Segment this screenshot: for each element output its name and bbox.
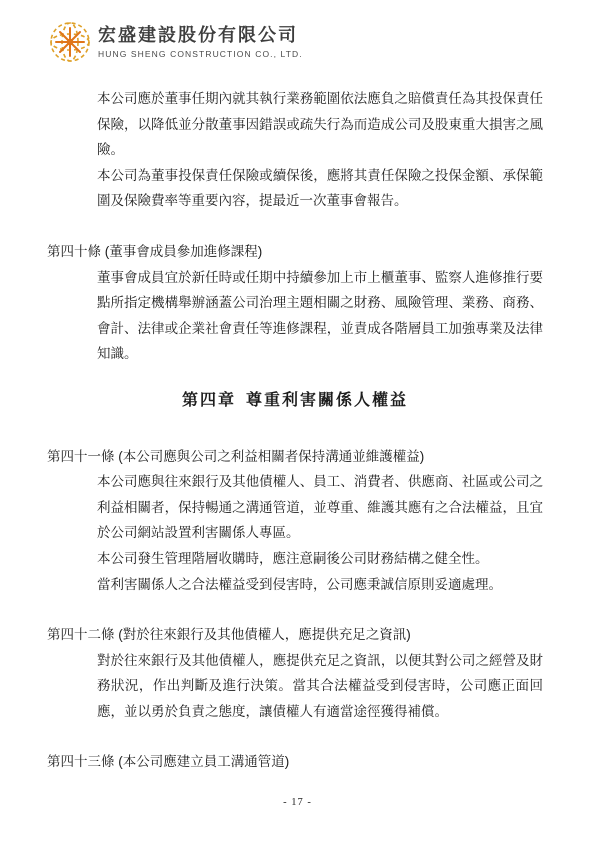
article-41-paragraph: 當利害關係人之合法權益受到侵害時，公司應秉誠信原則妥適處理。: [97, 572, 543, 598]
article-title: (本公司應建立員工溝通管道): [118, 754, 289, 769]
chapter-number: 第四章: [182, 392, 236, 409]
article-41-paragraph: 本公司應與往來銀行及其他債權人、員工、消費者、供應商、社區或公司之利益相關者，保…: [97, 469, 543, 546]
article-number: 第四十三條: [47, 754, 115, 769]
page-number: - 17 -: [0, 797, 595, 808]
article-41-heading: 第四十一條 (本公司應與公司之利益相關者保持溝通並維護權益): [47, 444, 543, 470]
company-name-zh: 宏盛建設股份有限公司: [98, 24, 303, 46]
page-header: 宏盛建設股份有限公司 HUNG SHENG CONSTRUCTION CO., …: [48, 20, 547, 64]
article-40: 第四十條 (董事會成員參加進修課程) 董事會成員宜於新任時或任期中持續參加上市上…: [47, 239, 543, 367]
article-number: 第四十條: [47, 244, 101, 259]
article-43-heading: 第四十三條 (本公司應建立員工溝通管道): [47, 749, 543, 775]
article-43: 第四十三條 (本公司應建立員工溝通管道): [47, 749, 543, 775]
company-name-en: HUNG SHENG CONSTRUCTION CO., LTD.: [98, 48, 303, 60]
intro-paragraph: 本公司應於董事任期內就其執行業務範圍依法應負之賠償責任為其投保責任保險，以降低並…: [97, 86, 543, 163]
article-40-paragraph: 董事會成員宜於新任時或任期中持續參加上市上櫃董事、監察人進修推行要點所指定機構舉…: [97, 265, 543, 367]
article-40-heading: 第四十條 (董事會成員參加進修課程): [47, 239, 543, 265]
document-body: 本公司應於董事任期內就其執行業務範圍依法應負之賠償責任為其投保責任保險，以降低並…: [47, 86, 543, 775]
article-42: 第四十二條 (對於往來銀行及其他債權人，應提供充足之資訊) 對於往來銀行及其他債…: [47, 622, 543, 724]
chapter-title: 尊重利害關係人權益: [246, 392, 408, 409]
article-number: 第四十二條: [47, 627, 115, 642]
intro-paragraph: 本公司為董事投保責任保險或續保後，應將其責任保險之投保金額、承保範圍及保險費率等…: [97, 163, 543, 214]
article-title: (本公司應與公司之利益相關者保持溝通並維護權益): [118, 449, 424, 464]
company-logo-icon: [48, 20, 92, 64]
company-name-block: 宏盛建設股份有限公司 HUNG SHENG CONSTRUCTION CO., …: [98, 20, 303, 60]
document-page: 宏盛建設股份有限公司 HUNG SHENG CONSTRUCTION CO., …: [0, 0, 595, 842]
article-title: (對於往來銀行及其他債權人，應提供充足之資訊): [118, 627, 411, 642]
article-41-paragraph: 本公司發生管理階層收購時，應注意嗣後公司財務結構之健全性。: [97, 546, 543, 572]
article-41: 第四十一條 (本公司應與公司之利益相關者保持溝通並維護權益) 本公司應與往來銀行…: [47, 444, 543, 598]
article-42-paragraph: 對於往來銀行及其他債權人，應提供充足之資訊，以便其對公司之經營及財務狀況，作出判…: [97, 648, 543, 725]
chapter-heading: 第四章尊重利害關係人權益: [47, 388, 543, 414]
article-title: (董事會成員參加進修課程): [105, 244, 263, 259]
article-42-heading: 第四十二條 (對於往來銀行及其他債權人，應提供充足之資訊): [47, 622, 543, 648]
article-number: 第四十一條: [47, 449, 115, 464]
